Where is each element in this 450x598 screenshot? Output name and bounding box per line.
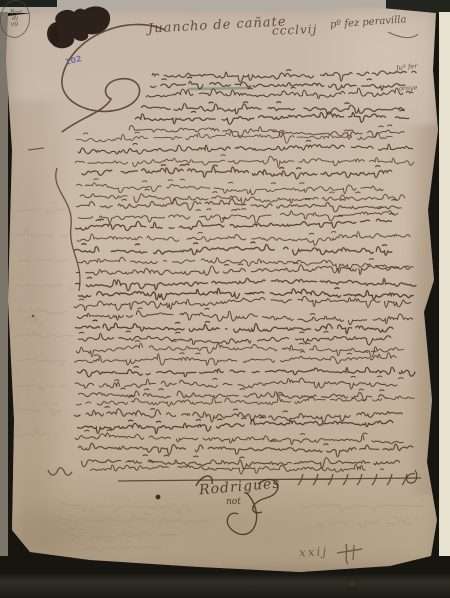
header-amount: ccclvij <box>272 22 318 38</box>
script-line <box>75 430 404 445</box>
script-line <box>74 351 396 365</box>
script-line <box>75 277 417 290</box>
script-line <box>76 263 409 275</box>
script-line <box>74 242 392 255</box>
script-line <box>78 288 414 300</box>
script-line <box>78 141 413 154</box>
script-line <box>75 320 393 334</box>
script-line <box>75 376 403 389</box>
script-line <box>77 417 393 433</box>
script-line <box>17 403 62 415</box>
script-line <box>14 331 74 337</box>
script-line <box>14 230 71 237</box>
script-line <box>60 499 192 513</box>
script-line <box>78 441 413 457</box>
script-line <box>141 102 405 114</box>
script-line <box>70 529 184 541</box>
script-line <box>77 232 410 246</box>
script-line <box>18 259 68 262</box>
script-line <box>78 207 398 223</box>
script-line <box>16 203 65 215</box>
notary-title: not <box>226 497 241 507</box>
teal-smear <box>188 88 252 89</box>
ink-layer <box>0 0 450 598</box>
script-line <box>78 388 390 401</box>
margin-seal-line3: v9 <box>10 22 18 29</box>
ink-speck <box>32 315 35 318</box>
ink-speck <box>350 582 353 585</box>
script-line <box>76 341 404 358</box>
script-line <box>82 164 393 179</box>
script-line <box>26 317 44 327</box>
script-line <box>77 308 413 325</box>
manuscript-scan: Juancho de cañate ccclvij pº fez peravil… <box>0 0 450 598</box>
script-line <box>76 179 383 195</box>
script-line <box>135 110 409 124</box>
script-line <box>75 155 414 168</box>
left-check-mark <box>48 468 72 476</box>
folio-strike-mark <box>337 544 362 564</box>
script-line <box>146 87 413 98</box>
script-line <box>78 331 391 345</box>
script-line <box>17 309 68 315</box>
flourish-initial <box>62 24 165 132</box>
script-line <box>74 407 403 423</box>
script-line <box>315 517 418 529</box>
script-line <box>74 293 411 310</box>
script-line <box>152 70 416 82</box>
script-line <box>16 359 67 366</box>
script-line <box>300 499 424 513</box>
script-line <box>15 283 75 291</box>
script-body-lines <box>14 70 424 552</box>
heading-underline-curl <box>388 32 418 38</box>
script-line <box>82 541 163 552</box>
right-margin-note-2: oroye <box>399 84 418 93</box>
ink-speck <box>156 495 161 500</box>
seal-crossbar <box>28 148 44 150</box>
script-line <box>14 427 67 436</box>
script-line <box>77 367 415 377</box>
script-line <box>80 189 405 204</box>
script-line <box>55 514 209 526</box>
script-line <box>15 379 67 391</box>
script-line <box>78 257 417 270</box>
folio-mark: xxij <box>299 544 329 560</box>
